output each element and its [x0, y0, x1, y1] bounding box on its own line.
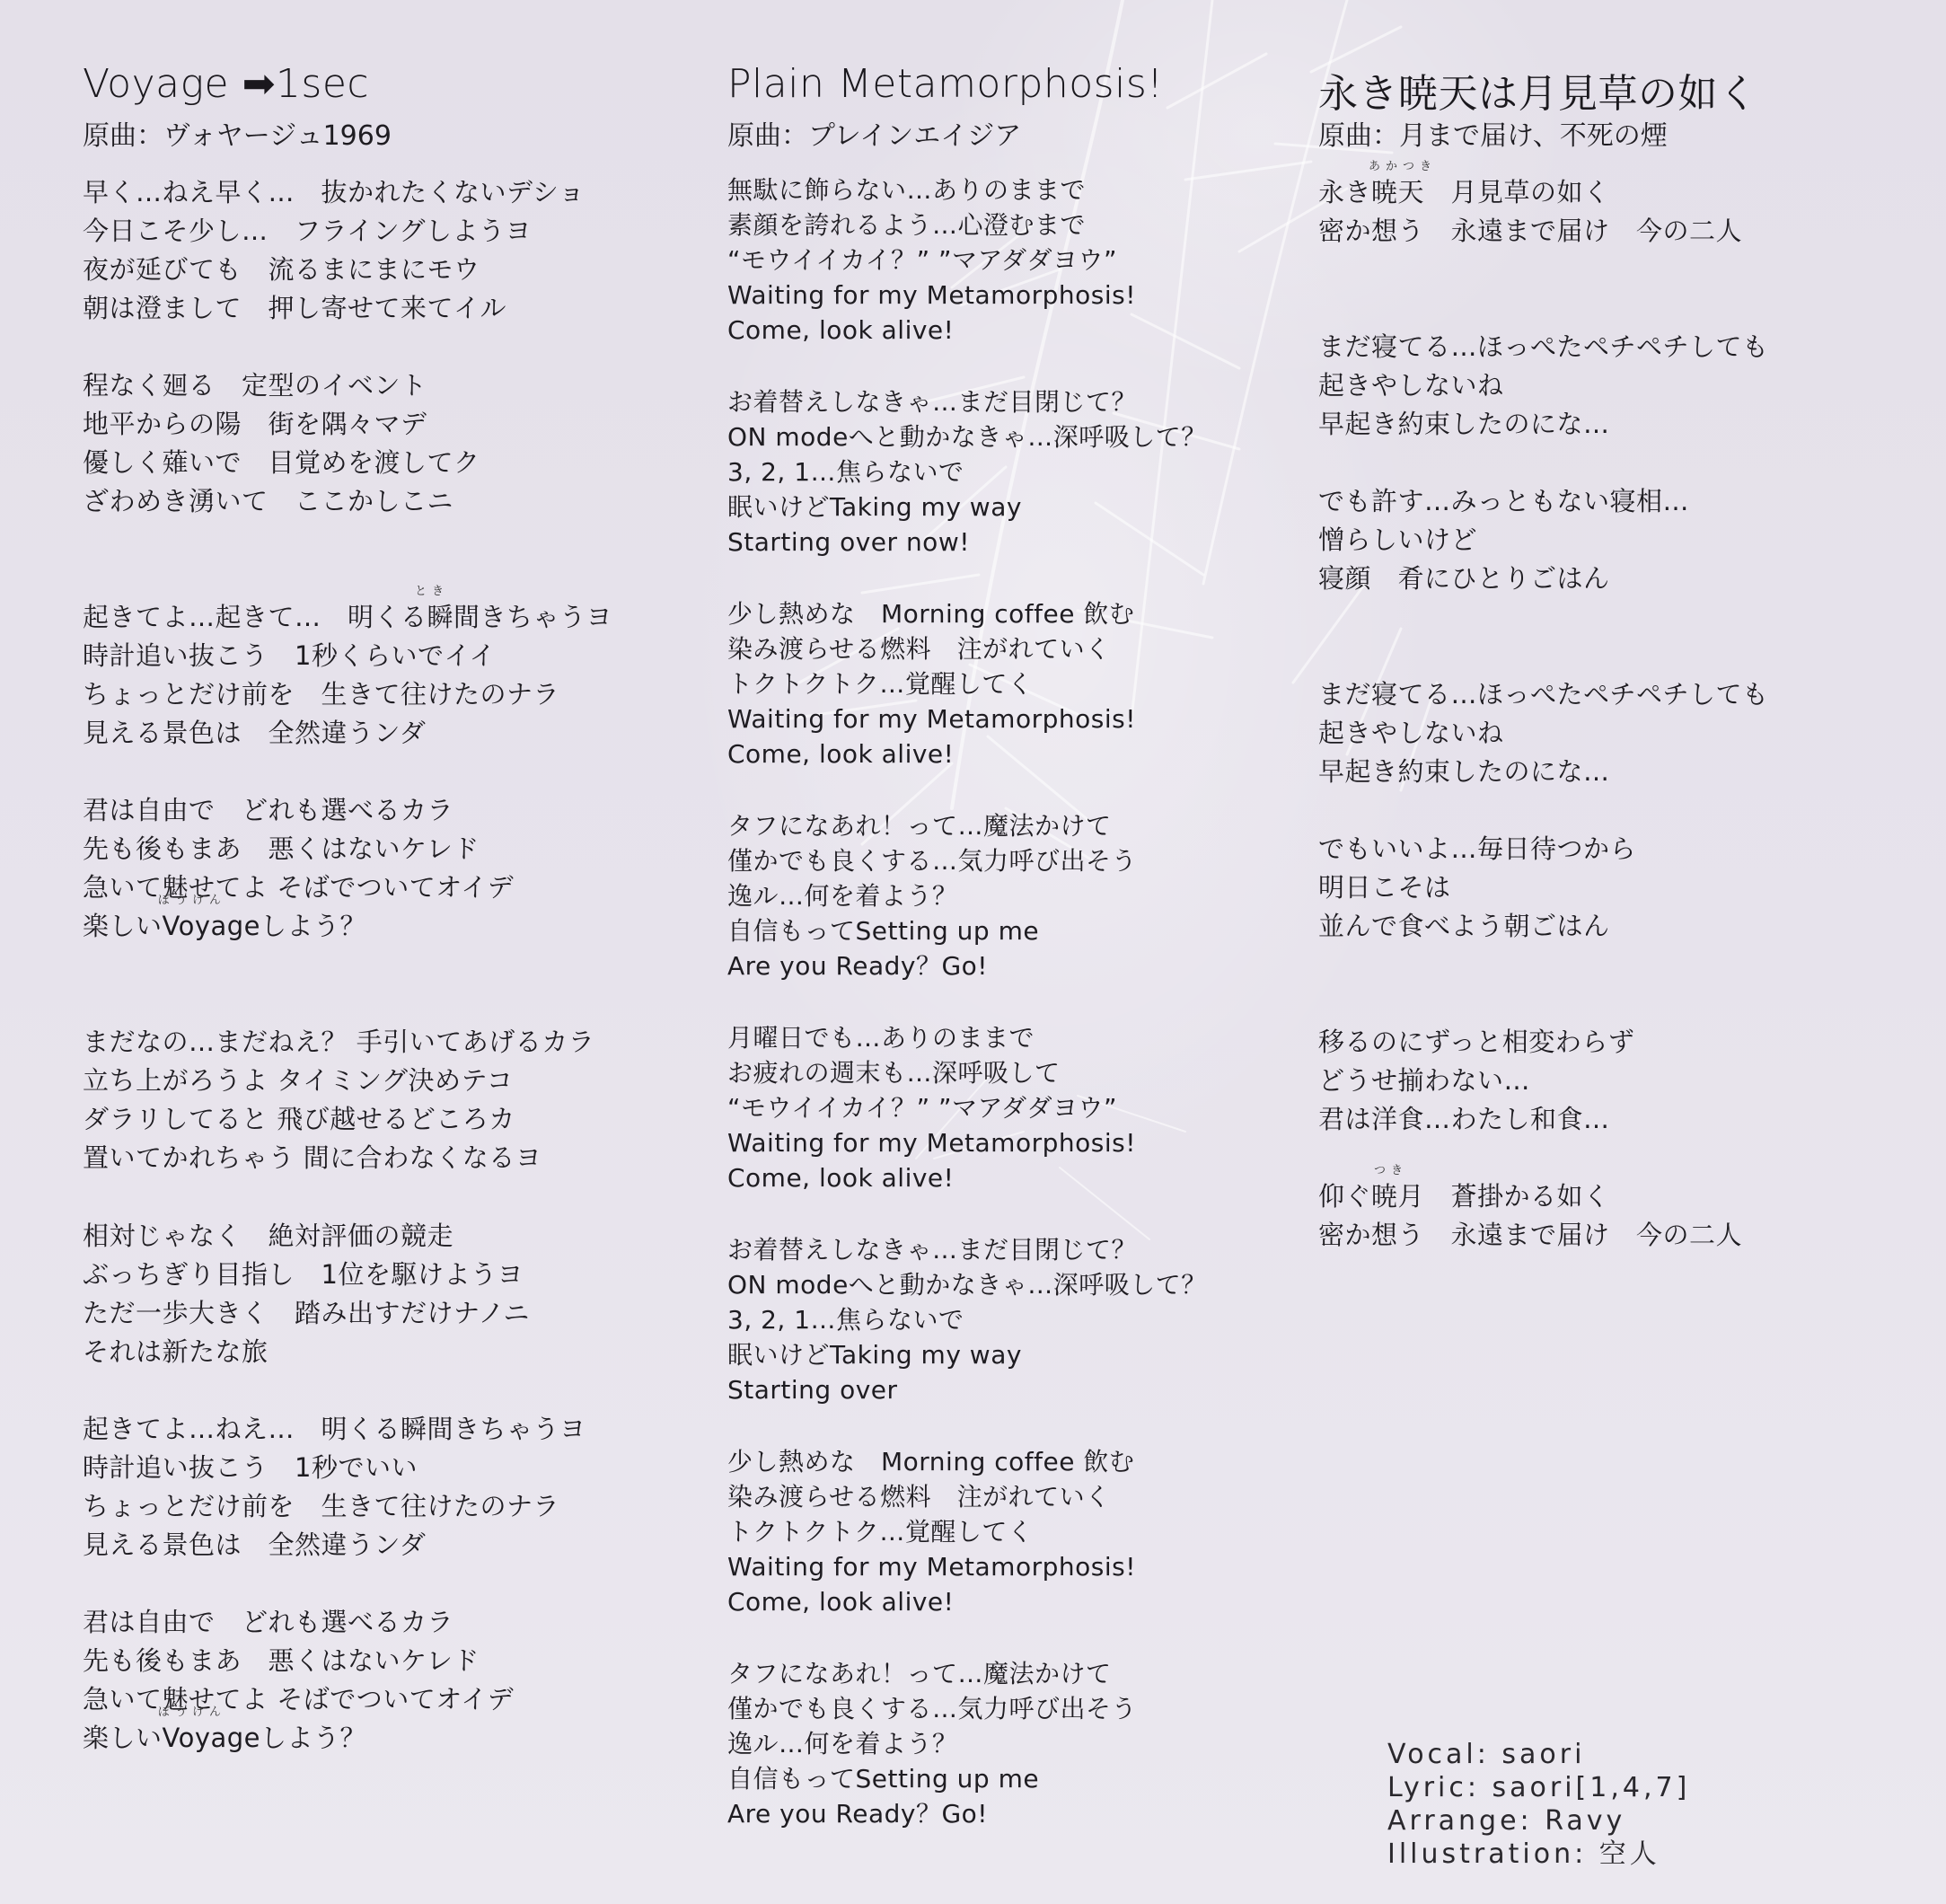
lyric-line: 染み渡らせる燃料 注がれていく: [727, 1481, 1111, 1513]
lyric-line: Are you Ready？Go!: [727, 950, 988, 983]
original-song-label: 原曲：ヴォヤージュ1969: [83, 113, 392, 153]
credit-vocal: Vocal: saori: [1387, 1738, 1690, 1771]
lyric-line: 逸ル…何を着よう？: [727, 1728, 958, 1760]
lyric-line: 起きてよ…起きて… 明くる瞬間きちゃうヨ: [83, 601, 612, 633]
lyric-line: 急いて魅せてよ そばでついてオイデ: [83, 1683, 514, 1715]
lyric-line: 時計追い抜こう 1秒でいい: [83, 1451, 418, 1484]
lyric-line: 逸ル…何を着よう？: [727, 880, 958, 912]
lyric-line: 月曜日でも…ありのままで: [727, 1022, 1035, 1054]
lyric-line: まだ寝てる…ほっぺたペチペチしても: [1318, 678, 1769, 710]
lyric-line: 憎らしいけど: [1318, 524, 1477, 556]
lyric-line: 密か想う 永遠まで届け 今の二人: [1318, 1219, 1742, 1251]
lyric-line: 時計追い抜こう 1秒くらいでイイ: [83, 639, 496, 672]
lyric-line: 早起き約束したのにな…: [1318, 408, 1610, 440]
lyric-line: 明日こそは: [1318, 871, 1451, 904]
song-title-text: Voyage ➡1sec: [83, 61, 369, 107]
lyric-line: まだ寝てる…ほっぺたペチペチしても: [1318, 331, 1769, 363]
furigana-ruby: ぼうけん: [158, 1702, 226, 1719]
lyric-line: お疲れの週末も…深呼吸して: [727, 1057, 1061, 1089]
lyric-line: “モウイイカイ？” ”マアダダヨウ”: [727, 1092, 1117, 1124]
lyric-line: トクトクトク…覚醒してく: [727, 668, 1033, 701]
lyric-line: 早く…ねえ早く… 抜かれたくないデショ: [83, 176, 585, 208]
lyric-line: 早起き約束したのにな…: [1318, 755, 1610, 788]
lyric-line: 朝は澄まして 押し寄せて来てイル: [83, 292, 506, 324]
lyric-line: 3, 2, 1…焦らないで: [727, 456, 964, 489]
lyric-line: Waiting for my Metamorphosis!: [727, 1551, 1136, 1583]
lyric-line: 立ち上がろうよ タイミング決めテコ: [83, 1064, 513, 1097]
lyric-line: 起きやしないね: [1318, 717, 1504, 749]
lyric-line: ちょっとだけ前を 生きて往けたのナラ: [83, 1490, 559, 1522]
lyric-line: 先も後もまあ 悪くはないケレド: [83, 1644, 480, 1677]
lyric-line: 仰ぐ暁月 蒼掛かる如く: [1318, 1180, 1610, 1212]
lyric-line: Come, look alive!: [727, 1162, 954, 1194]
lyric-line: 地平からの陽 街を隅々マデ: [83, 408, 427, 440]
lyric-line: Are you Ready？Go!: [727, 1798, 988, 1830]
lyric-line: 急いて魅せてよ そばでついてオイデ: [83, 871, 514, 904]
lyric-line: 素顔を誇れるよう…心澄むまで: [727, 209, 1086, 242]
lyric-line: 染み渡らせる燃料 注がれていく: [727, 633, 1111, 666]
lyric-line: ただ一歩大きく 踏み出すだけナノニ: [83, 1297, 530, 1329]
lyric-line: トクトクトク…覚醒してく: [727, 1516, 1033, 1548]
lyric-line: 眠いけどTaking my way: [727, 491, 1022, 524]
lyric-line: 自信もってSetting up me: [727, 1763, 1039, 1795]
lyric-line: 眠いけどTaking my way: [727, 1339, 1022, 1371]
lyric-line: ダラリしてると 飛び越せるどころカ: [83, 1103, 515, 1135]
lyric-line: 永き暁天 月見草の如く: [1318, 176, 1610, 208]
lyric-line: 今日こそ少し… フライングしようヨ: [83, 215, 532, 247]
lyric-line: Waiting for my Metamorphosis!: [727, 1127, 1136, 1159]
lyric-line: 楽しいVoyageしよう？: [83, 910, 366, 942]
lyric-line: 君は自由で どれも選べるカラ: [83, 794, 453, 826]
lyric-line: ざわめき湧いて ここかしこニ: [83, 485, 453, 517]
lyric-line: タフになあれ！って…魔法かけて: [727, 810, 1112, 842]
lyric-line: 先も後もまあ 悪くはないケレド: [83, 833, 480, 865]
lyric-line: 無駄に飾らない…ありのままで: [727, 174, 1086, 207]
lyric-line: 3, 2, 1…焦らないで: [727, 1304, 964, 1336]
lyric-line: Come, look alive!: [727, 314, 954, 347]
lyric-line: Come, look alive!: [727, 1586, 954, 1618]
lyric-line: どうせ揃わない…: [1318, 1064, 1530, 1097]
lyric-line: 相対じゃなく 絶対評価の競走: [83, 1220, 453, 1252]
lyric-line: Starting over: [727, 1374, 898, 1406]
song-title: Voyage ➡1sec: [83, 61, 369, 107]
lyric-line: 置いてかれちゃう 間に合わなくなるヨ: [83, 1142, 542, 1174]
lyric-line: 君は自由で どれも選べるカラ: [83, 1606, 453, 1638]
original-song-label: 原曲：プレインエイジア: [727, 113, 1021, 153]
credit-lyric: Lyric: saori[1,4,7]: [1387, 1771, 1690, 1804]
lyric-line: 起きてよ…ねえ… 明くる瞬間きちゃうヨ: [83, 1413, 586, 1445]
lyric-line: ON modeへと動かなきゃ…深呼吸して？: [727, 1269, 1207, 1301]
lyric-line: 少し熱めな Morning coffee 飲む: [727, 598, 1134, 630]
furigana-ruby: あかつき: [1369, 156, 1437, 173]
lyric-line: 君は洋食…わたし和食…: [1318, 1103, 1610, 1135]
furigana-ruby: つき: [1374, 1160, 1408, 1177]
lyric-line: ぶっちぎり目指し 1位を駆けようヨ: [83, 1258, 524, 1291]
lyric-line: タフになあれ！って…魔法かけて: [727, 1658, 1112, 1690]
lyric-line: 移るのにずっと相変わらず: [1318, 1026, 1634, 1058]
lyric-line: 楽しいVoyageしよう？: [83, 1722, 366, 1754]
lyric-line: お着替えしなきゃ…まだ目閉じて？: [727, 1234, 1137, 1266]
lyric-line: 自信もってSetting up me: [727, 915, 1039, 948]
lyric-line: ON modeへと動かなきゃ…深呼吸して？: [727, 421, 1207, 454]
lyric-line: Waiting for my Metamorphosis!: [727, 703, 1136, 736]
lyric-line: 起きやしないね: [1318, 369, 1504, 401]
lyric-line: 寝顔 肴にひとりごはん: [1318, 562, 1610, 595]
credits-block: Vocal: saori Lyric: saori[1,4,7] Arrange…: [1387, 1738, 1690, 1871]
lyric-line: 少し熱めな Morning coffee 飲む: [727, 1446, 1134, 1478]
lyric-line: 夜が延びても 流るまにまにモウ: [83, 253, 480, 286]
song-title: 永き暁天は月見草の如く: [1318, 61, 1758, 119]
lyric-line: Starting over now!: [727, 526, 970, 559]
credit-illustration: Illustration: 空人: [1387, 1838, 1690, 1871]
lyric-line: でも許す…みっともない寝相…: [1318, 485, 1689, 517]
lyric-line: 程なく廻る 定型のイベント: [83, 369, 427, 401]
lyric-line: Come, look alive!: [727, 738, 954, 771]
lyric-line: “モウイイカイ？” ”マアダダヨウ”: [727, 244, 1117, 277]
furigana-ruby: ぼうけん: [158, 890, 226, 907]
lyric-line: 僅かでも良くする…気力呼び出そう: [727, 845, 1137, 877]
original-song-label: 原曲：月まで届け、不死の煙: [1318, 113, 1668, 153]
credit-arrange: Arrange: Ravy: [1387, 1804, 1690, 1838]
lyric-line: まだなの…まだねえ？ 手引いてあげるカラ: [83, 1026, 594, 1058]
furigana-ruby: とき: [415, 581, 449, 598]
lyric-line: 見える景色は 全然違うンダ: [83, 1529, 426, 1561]
lyric-line: 密か想う 永遠まで届け 今の二人: [1318, 215, 1742, 247]
lyric-line: Waiting for my Metamorphosis!: [727, 279, 1136, 312]
lyric-line: 並んで食べよう朝ごはん: [1318, 910, 1610, 942]
lyric-line: ちょっとだけ前を 生きて往けたのナラ: [83, 678, 559, 710]
song-title: Plain Metamorphosis!: [727, 61, 1163, 107]
lyric-line: それは新たな旅: [83, 1335, 269, 1368]
lyric-line: お着替えしなきゃ…まだ目閉じて？: [727, 386, 1137, 419]
lyric-line: でもいいよ…毎日待つから: [1318, 833, 1636, 865]
lyric-line: 見える景色は 全然違うンダ: [83, 717, 426, 749]
lyric-line: 僅かでも良くする…気力呼び出そう: [727, 1693, 1137, 1725]
lyric-line: 優しく薙いで 目覚めを渡してク: [83, 446, 480, 479]
